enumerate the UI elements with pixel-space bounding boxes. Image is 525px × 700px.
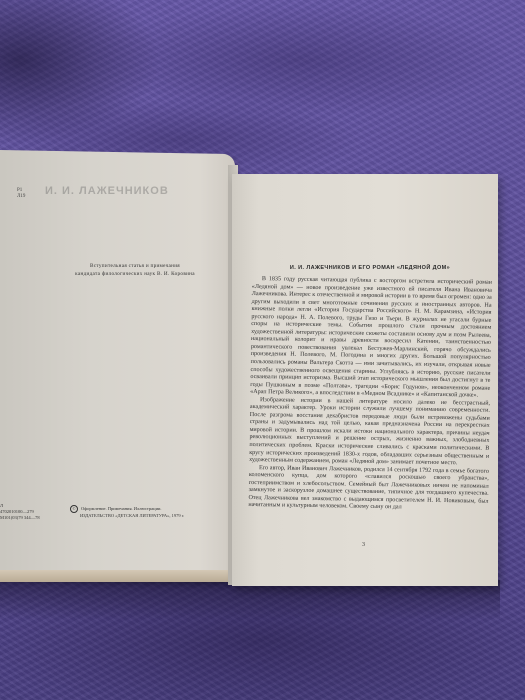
intro-credit-line: Вступительная статья и примечания [40,262,230,270]
book-cover-edge [0,570,230,582]
paragraph: В 1835 году русская читающая публика с в… [250,276,492,401]
paragraph: Изображение истории в нашей литературе н… [249,397,490,469]
faded-author-title: И. И. ЛАЖЕЧНИКОВ [45,185,235,197]
publication-code-line: М101(03)79 344—78 [0,515,40,521]
book-shadow [0,580,500,620]
chapter-heading: И. И. ЛАЖЕЧНИКОВ И ЕГО РОМАН «ЛЕДЯНОЙ ДО… [250,265,490,271]
body-text: В 1835 году русская читающая публика с в… [248,276,492,514]
paragraph: Его автор, Иван Иванович Лажечников, род… [248,465,489,514]
bbk-code: Р1 Л19 [17,188,25,200]
copyright-line: Оформление. Примечания. Иллюстрации. [81,506,162,511]
intro-credit-line: кандидата филологических наук В. И. Коро… [40,270,230,278]
publication-codes: Л 4702010100—279 М101(03)79 344—78 [0,503,40,521]
bbk-code-line: Л19 [17,194,25,200]
copyright-line: ИЗДАТЕЛЬСТВО «ДЕТСКАЯ ЛИТЕРАТУРА», 1979 … [70,513,235,519]
copyright-notice: ©Оформление. Примечания. Иллюстрации. ИЗ… [70,505,235,519]
page-number: 3 [362,542,365,548]
copyright-icon: © [70,505,78,513]
intro-credit: Вступительная статья и примечания кандид… [40,262,230,278]
